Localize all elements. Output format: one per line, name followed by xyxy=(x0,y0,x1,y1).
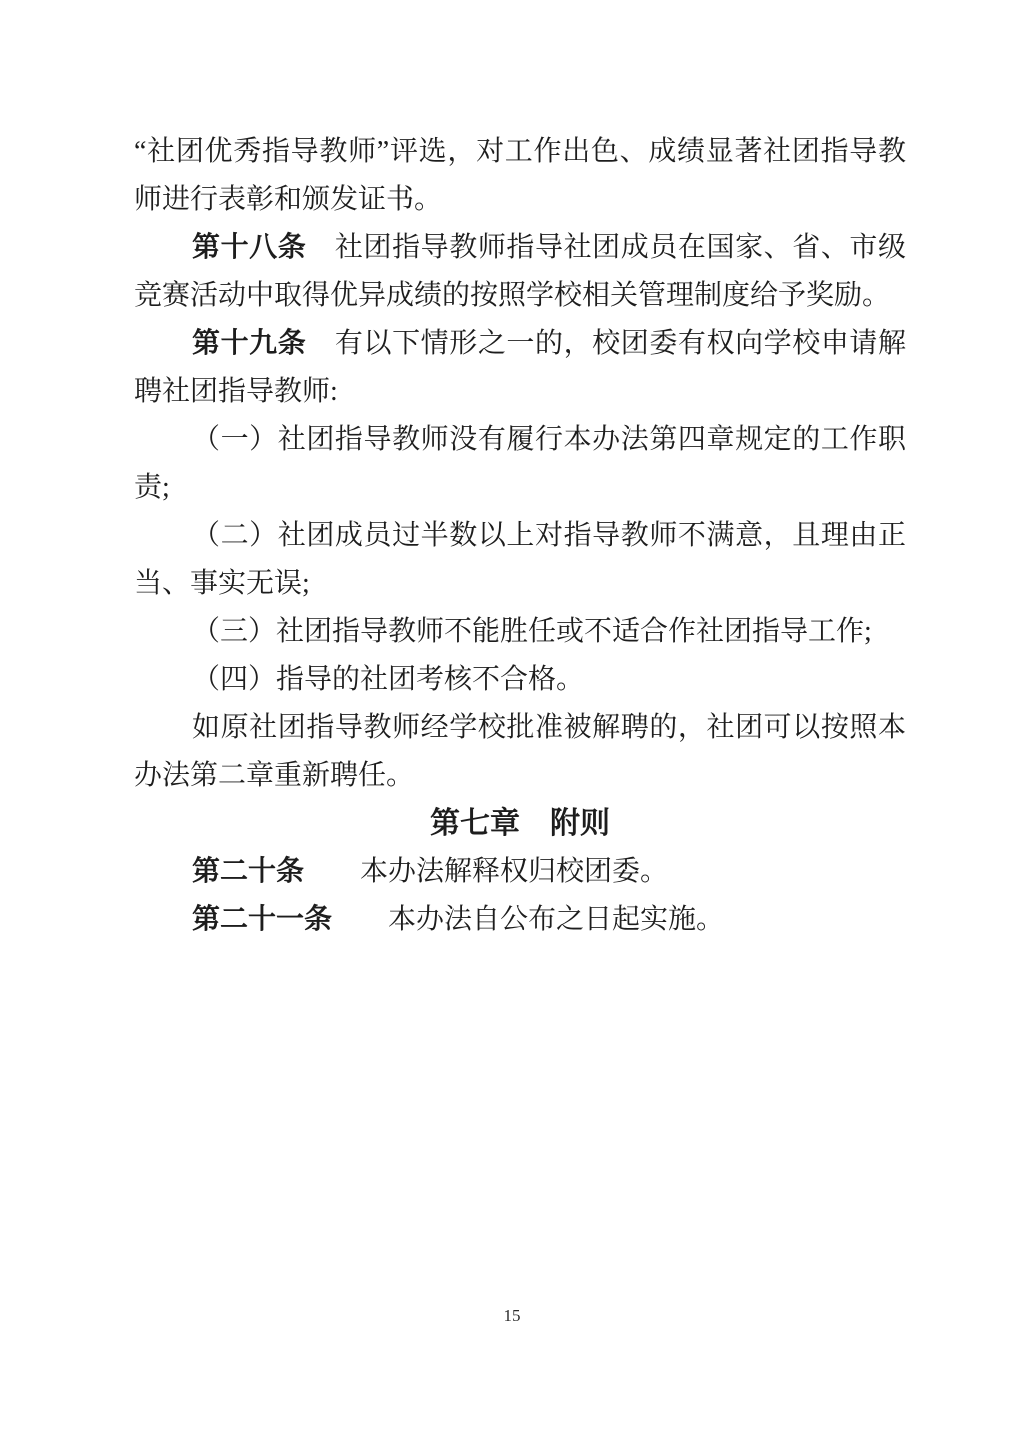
paragraph-text: “社团优秀指导教师”评选，对工作出色、成绩显著社团指导教师进行表彰和颁发证书。 xyxy=(134,136,906,215)
article-21: 第二十一条 本办法自公布之日起实施。 xyxy=(134,896,906,944)
article-number: 第十八条 xyxy=(192,232,306,263)
article-number: 第十九条 xyxy=(192,328,306,359)
chapter-heading-text: 第七章 附则 xyxy=(430,807,610,840)
paragraph-continuation: “社团优秀指导教师”评选，对工作出色、成绩显著社团指导教师进行表彰和颁发证书。 xyxy=(134,128,906,224)
clause-3: （三）社团指导教师不能胜任或不适合作社团指导工作; xyxy=(134,608,906,656)
paragraph-rehire: 如原社团指导教师经学校批准被解聘的，社团可以按照本办法第二章重新聘任。 xyxy=(134,704,906,800)
clause-4: （四）指导的社团考核不合格。 xyxy=(134,656,906,704)
page-number: 15 xyxy=(0,1306,1024,1326)
document-body: “社团优秀指导教师”评选，对工作出色、成绩显著社团指导教师进行表彰和颁发证书。 … xyxy=(134,128,906,944)
article-number: 第二十条 xyxy=(192,856,304,887)
chapter-7-heading: 第七章 附则 xyxy=(134,800,906,848)
clause-text: （三）社团指导教师不能胜任或不适合作社团指导工作; xyxy=(192,616,872,647)
clause-2: （二）社团成员过半数以上对指导教师不满意，且理由正当、事实无误; xyxy=(134,512,906,608)
article-18: 第十八条 社团指导教师指导社团成员在国家、省、市级竞赛活动中取得优异成绩的按照学… xyxy=(134,224,906,320)
article-number: 第二十一条 xyxy=(192,904,332,935)
clause-text: （二）社团成员过半数以上对指导教师不满意，且理由正当、事实无误; xyxy=(134,520,906,599)
paragraph-text: 如原社团指导教师经学校批准被解聘的，社团可以按照本办法第二章重新聘任。 xyxy=(134,712,906,791)
clause-text: （一）社团指导教师没有履行本办法第四章规定的工作职责; xyxy=(134,424,906,503)
article-20: 第二十条 本办法解释权归校团委。 xyxy=(134,848,906,896)
article-19: 第十九条 有以下情形之一的，校团委有权向学校申请解聘社团指导教师: xyxy=(134,320,906,416)
article-text: 本办法自公布之日起实施。 xyxy=(332,904,724,935)
article-text: 本办法解释权归校团委。 xyxy=(304,856,668,887)
clause-text: （四）指导的社团考核不合格。 xyxy=(192,664,584,695)
clause-1: （一）社团指导教师没有履行本办法第四章规定的工作职责; xyxy=(134,416,906,512)
